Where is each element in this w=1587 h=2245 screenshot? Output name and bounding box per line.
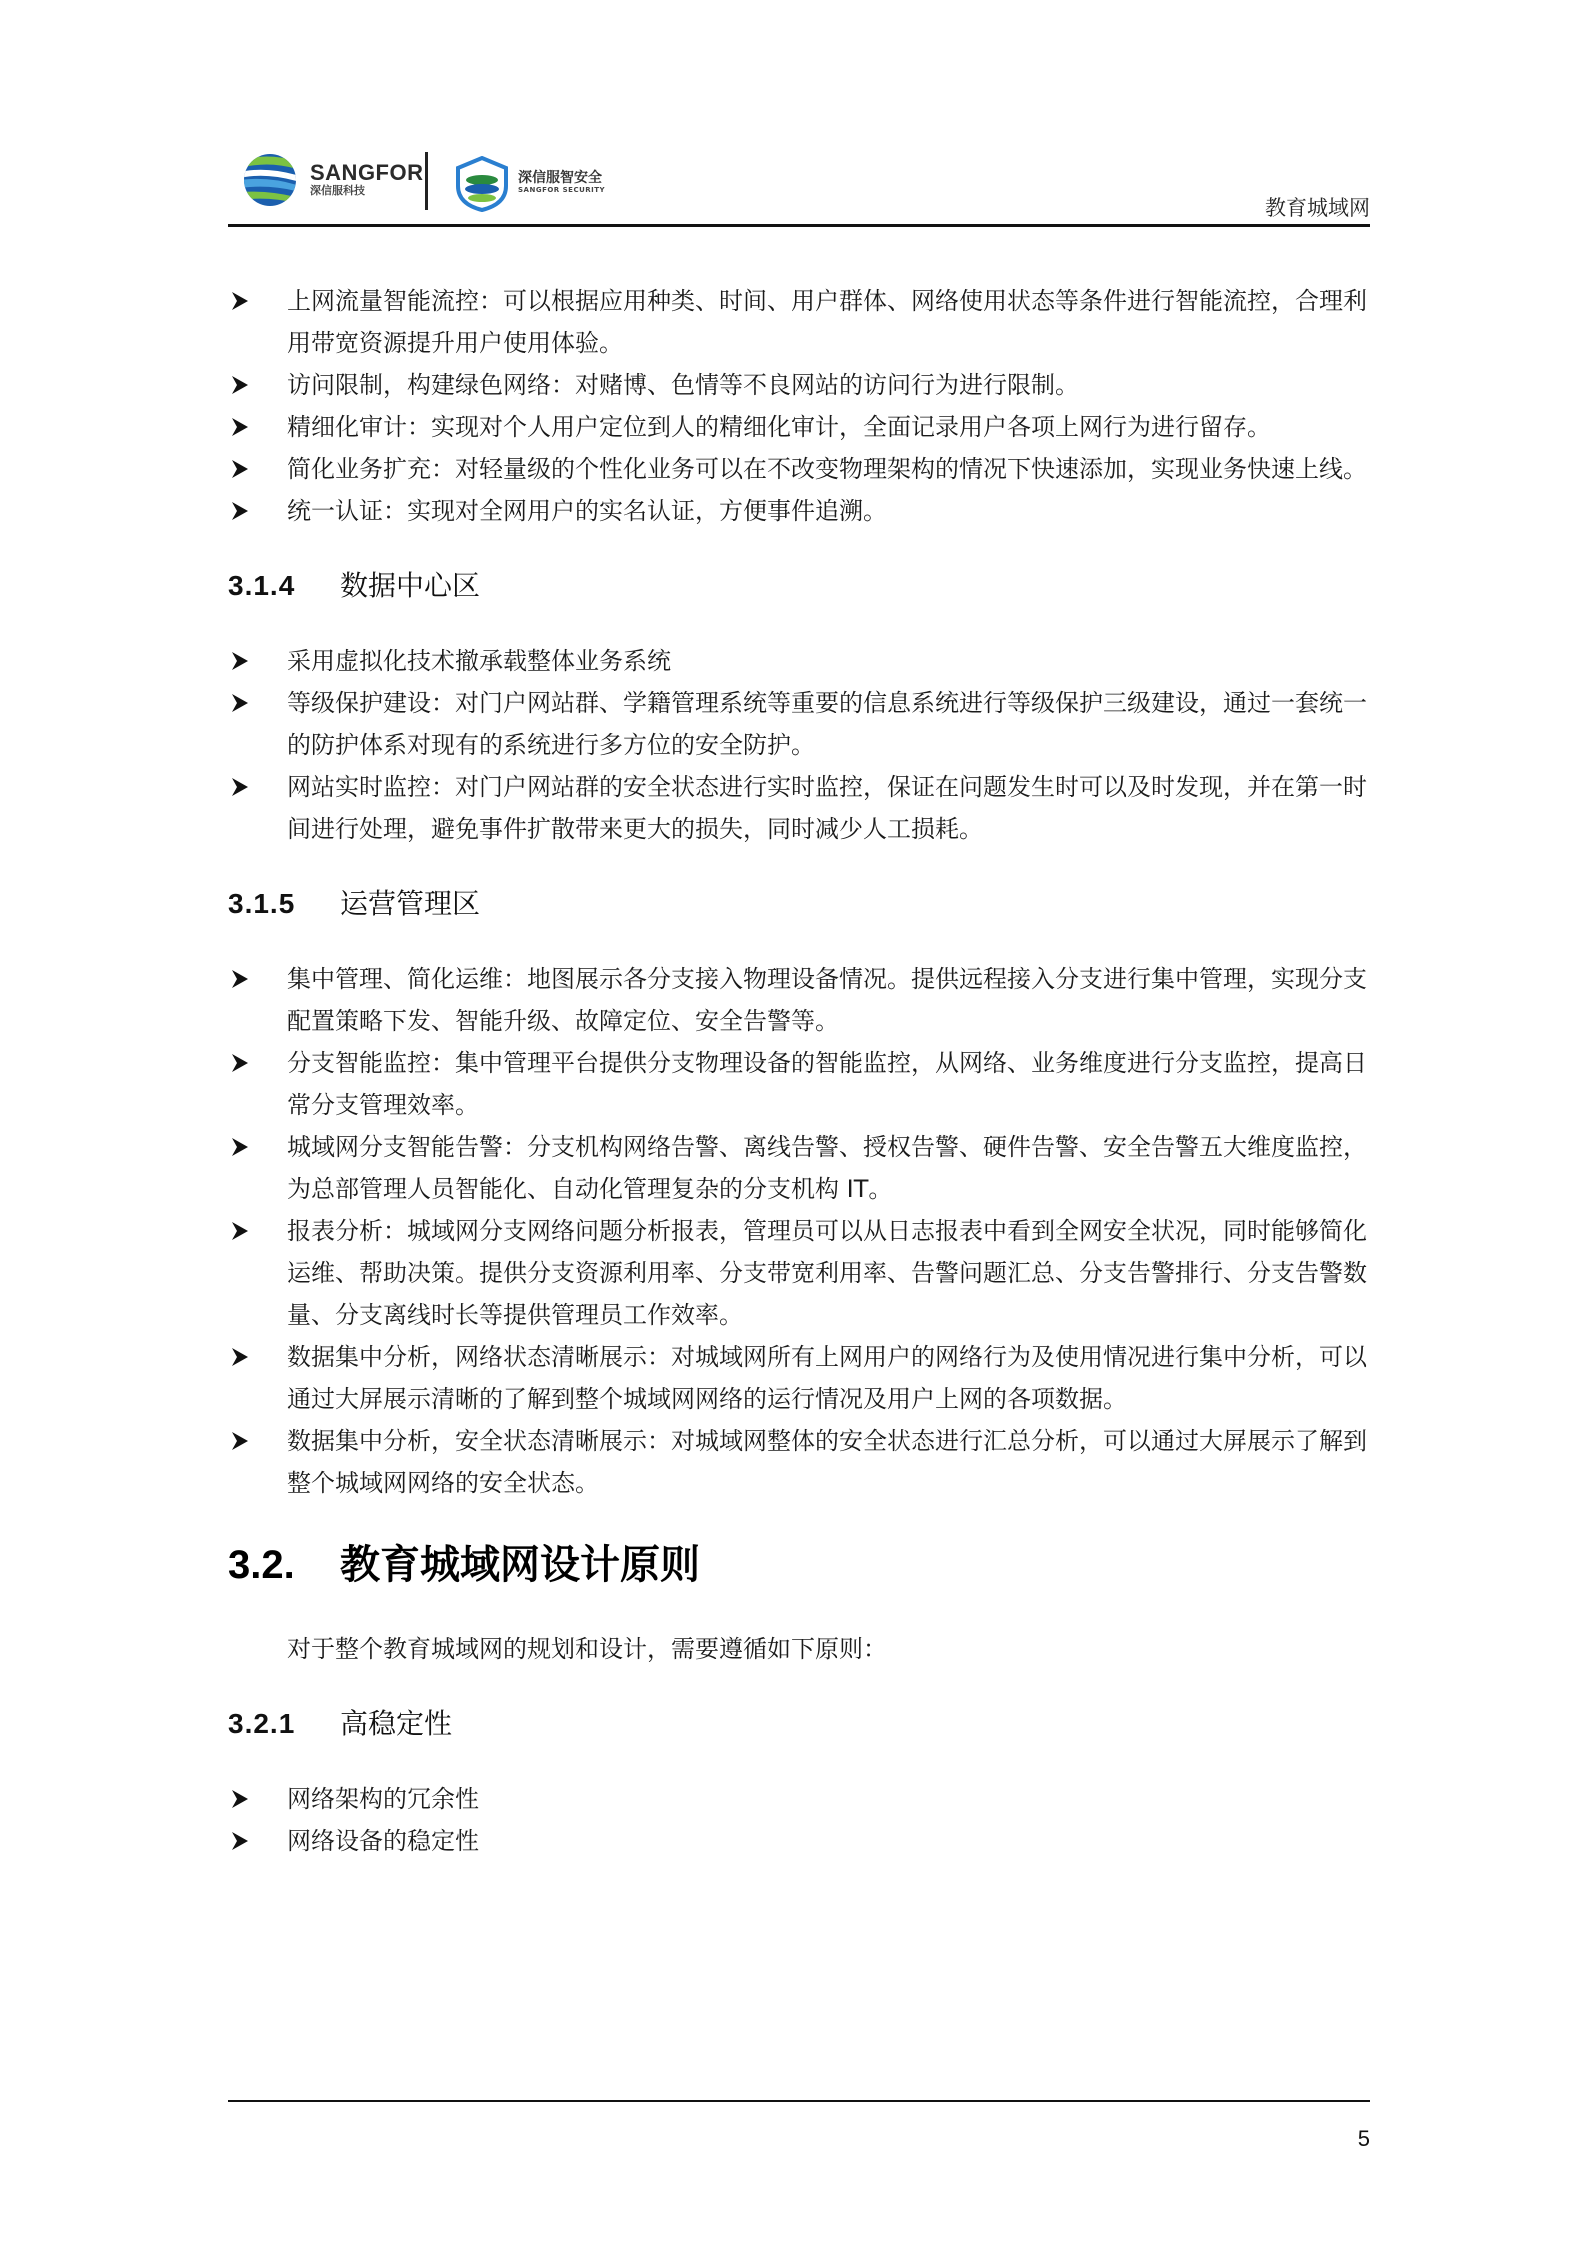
list-item: 采用虚拟化技术撤承载整体业务系统 xyxy=(228,640,1370,682)
header-divider xyxy=(228,224,1370,227)
arrow-bullet-icon xyxy=(230,766,250,808)
list-item: 网站实时监控：对门户网站群的安全状态进行实时监控，保证在问题发生时可以及时发现，… xyxy=(228,766,1370,850)
section-heading-3-2: 3.2.教育城域网设计原则 xyxy=(228,1540,1370,1590)
section-intro-paragraph: 对于整个教育城域网的规划和设计，需要遵循如下原则： xyxy=(228,1628,1370,1670)
list-item: 网络设备的稳定性 xyxy=(228,1820,1370,1862)
page-number: 5 xyxy=(1358,2126,1370,2152)
list-item: 集中管理、简化运维：地图展示各分支接入物理设备情况。提供远程接入分支进行集中管理… xyxy=(228,958,1370,1042)
arrow-bullet-icon xyxy=(230,1042,250,1084)
section-heading-3-1-5: 3.1.5运营管理区 xyxy=(228,884,1370,924)
arrow-bullet-icon xyxy=(230,280,250,322)
page-body: 上网流量智能流控：可以根据应用种类、时间、用户群体、网络使用状态等条件进行智能流… xyxy=(228,280,1370,1862)
heading-title: 数据中心区 xyxy=(340,569,480,602)
list-item: 统一认证：实现对全网用户的实名认证，方便事件追溯。 xyxy=(228,490,1370,532)
section-heading-3-1-4: 3.1.4数据中心区 xyxy=(228,566,1370,606)
security-brand-subtitle: SANGFOR SECURITY xyxy=(518,186,605,194)
section-heading-3-2-1: 3.2.1高稳定性 xyxy=(228,1704,1370,1744)
list-item: 报表分析：城域网分支网络问题分析报表，管理员可以从日志报表中看到全网安全状况，同… xyxy=(228,1210,1370,1336)
sangfor-logo-icon xyxy=(236,150,306,210)
security-brand-name: 深信服智安全 xyxy=(518,170,605,186)
list-item: 等级保护建设：对门户网站群、学籍管理系统等重要的信息系统进行等级保护三级建设，通… xyxy=(228,682,1370,766)
arrow-bullet-icon xyxy=(230,448,250,490)
arrow-bullet-icon xyxy=(230,682,250,724)
logo-divider xyxy=(425,152,428,210)
arrow-bullet-icon xyxy=(230,1126,250,1168)
arrow-bullet-icon xyxy=(230,640,250,682)
list-item: 简化业务扩充：对轻量级的个性化业务可以在不改变物理架构的情况下快速添加，实现业务… xyxy=(228,448,1370,490)
list-item: 数据集中分析，安全状态清晰展示：对城域网整体的安全状态进行汇总分析，可以通过大屏… xyxy=(228,1420,1370,1504)
arrow-bullet-icon xyxy=(230,406,250,448)
brand-subtitle: 深信服科技 xyxy=(310,184,424,198)
sangfor-brand: SANGFOR 深信服科技 xyxy=(310,162,424,198)
list-item: 城域网分支智能告警：分支机构网络告警、离线告警、授权告警、硬件告警、安全告警五大… xyxy=(228,1126,1370,1210)
heading-number: 3.2. xyxy=(228,1540,340,1590)
bullet-list: 采用虚拟化技术撤承载整体业务系统 等级保护建设：对门户网站群、学籍管理系统等重要… xyxy=(228,640,1370,850)
bullet-list: 网络架构的冗余性 网络设备的稳定性 xyxy=(228,1778,1370,1862)
arrow-bullet-icon xyxy=(230,1778,250,1820)
arrow-bullet-icon xyxy=(230,1336,250,1378)
list-item: 上网流量智能流控：可以根据应用种类、时间、用户群体、网络使用状态等条件进行智能流… xyxy=(228,280,1370,364)
security-brand: 深信服智安全 SANGFOR SECURITY xyxy=(518,170,605,194)
sangfor-security-shield-icon xyxy=(456,156,508,212)
list-item: 数据集中分析，网络状态清晰展示：对城域网所有上网用户的网络行为及使用情况进行集中… xyxy=(228,1336,1370,1420)
heading-number: 3.2.1 xyxy=(228,1704,340,1744)
list-item: 网络架构的冗余性 xyxy=(228,1778,1370,1820)
list-item: 精细化审计：实现对个人用户定位到人的精细化审计，全面记录用户各项上网行为进行留存… xyxy=(228,406,1370,448)
page-header: SANGFOR 深信服科技 深信服智安全 SANGFOR SECURITY 教育… xyxy=(228,140,1370,226)
arrow-bullet-icon xyxy=(230,364,250,406)
arrow-bullet-icon xyxy=(230,490,250,532)
arrow-bullet-icon xyxy=(230,1210,250,1252)
list-item: 访问限制，构建绿色网络：对赌博、色情等不良网站的访问行为进行限制。 xyxy=(228,364,1370,406)
heading-title: 运营管理区 xyxy=(340,887,480,920)
heading-title: 教育城域网设计原则 xyxy=(340,1542,700,1588)
document-title: 教育城域网 xyxy=(1265,192,1370,222)
heading-number: 3.1.5 xyxy=(228,884,340,924)
footer-divider xyxy=(228,2100,1370,2102)
arrow-bullet-icon xyxy=(230,958,250,1000)
list-item: 分支智能监控：集中管理平台提供分支物理设备的智能监控，从网络、业务维度进行分支监… xyxy=(228,1042,1370,1126)
arrow-bullet-icon xyxy=(230,1820,250,1862)
bullet-list: 上网流量智能流控：可以根据应用种类、时间、用户群体、网络使用状态等条件进行智能流… xyxy=(228,280,1370,532)
arrow-bullet-icon xyxy=(230,1420,250,1462)
heading-number: 3.1.4 xyxy=(228,566,340,606)
brand-name: SANGFOR xyxy=(310,162,424,184)
bullet-list: 集中管理、简化运维：地图展示各分支接入物理设备情况。提供远程接入分支进行集中管理… xyxy=(228,958,1370,1504)
heading-title: 高稳定性 xyxy=(340,1707,452,1740)
